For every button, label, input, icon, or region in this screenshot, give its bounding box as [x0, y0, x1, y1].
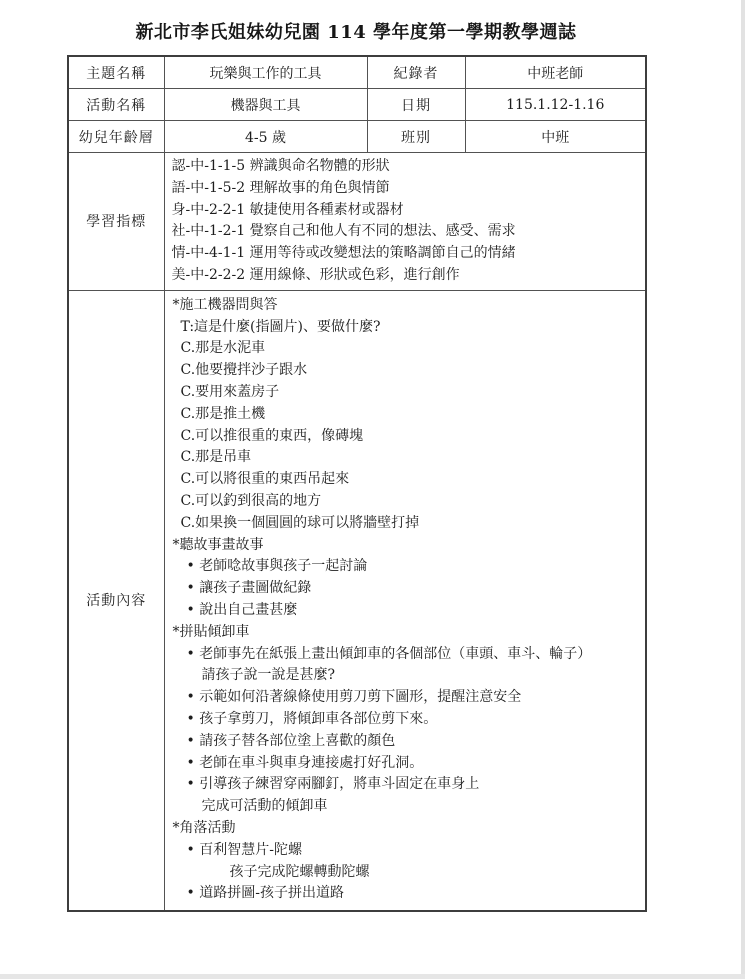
content-line: • 老師在車斗與車身連接處打好孔洞。 [172, 753, 640, 775]
table-row-age: 幼兒年齡層 4-5 歲 班別 中班 [68, 121, 646, 153]
page-title: 新北市李氏姐妹幼兒園 114 學年度第一學期教學週誌 [67, 0, 645, 55]
content-line: • 說出自己畫甚麼 [172, 600, 640, 622]
content-line: 情-中-4-1-1 運用等待或改變想法的策略調節自己的情緒 [172, 243, 640, 265]
learning-indicators-content: 認-中-1-1-5 辨識與命名物體的形狀語-中-1-5-2 理解故事的角色與情節… [164, 153, 646, 291]
content-line: C.那是吊車 [172, 447, 640, 469]
recorder-value: 中班老師 [465, 56, 646, 89]
content-line: • 示範如何沿著線條使用剪刀剪下圖形，提醒注意安全 [172, 687, 640, 709]
age-group-label: 幼兒年齡層 [68, 121, 164, 153]
table-row-activity-name: 活動名稱 機器與工具 日期 115.1.12-1.16 [68, 89, 646, 121]
activity-name-value: 機器與工具 [164, 89, 367, 121]
content-line: • 引導孩子練習穿兩腳釘，將車斗固定在車身上 [172, 774, 640, 796]
theme-name-value: 玩樂與工作的工具 [164, 56, 367, 89]
content-line: *施工機器問與答 [172, 295, 640, 317]
content-line: 完成可活動的傾卸車 [172, 796, 640, 818]
age-group-value: 4-5 歲 [164, 121, 367, 153]
scan-edge-right [741, 0, 745, 979]
table-row-activity-content: 活動內容 *施工機器問與答T:這是什麼(指圖片)、要做什麼?C.那是水泥車C.他… [68, 290, 646, 911]
content-line: • 老師事先在紙張上畫出傾卸車的各個部位（車頭、車斗、輪子） [172, 644, 640, 666]
content-line: 美-中-2-2-2 運用線條、形狀或色彩，進行創作 [172, 265, 640, 287]
activity-name-label: 活動名稱 [68, 89, 164, 121]
content-line: *角落活動 [172, 818, 640, 840]
content-line: • 請孩子替各部位塗上喜歡的顏色 [172, 731, 640, 753]
content-line: • 道路拼圖-孩子拼出道路 [172, 883, 640, 905]
content-line: 請孩子說一說是甚麼? [172, 665, 640, 687]
content-line: C.要用來蓋房子 [172, 382, 640, 404]
activity-content-label: 活動內容 [68, 290, 164, 911]
content-line: 語-中-1-5-2 理解故事的角色與情節 [172, 178, 640, 200]
table-row-learning-indicators: 學習指標 認-中-1-1-5 辨識與命名物體的形狀語-中-1-5-2 理解故事的… [68, 153, 646, 291]
content-line: C.那是水泥車 [172, 338, 640, 360]
document-page: 新北市李氏姐妹幼兒園 114 學年度第一學期教學週誌 主題名稱 玩樂與工作的工具… [67, 0, 645, 912]
date-label: 日期 [367, 89, 465, 121]
recorder-label: 紀錄者 [367, 56, 465, 89]
content-line: • 老師唸故事與孩子一起討論 [172, 556, 640, 578]
table-row-theme: 主題名稱 玩樂與工作的工具 紀錄者 中班老師 [68, 56, 646, 89]
content-line: C.可以釣到很高的地方 [172, 491, 640, 513]
date-value: 115.1.12-1.16 [465, 89, 646, 121]
content-line: 認-中-1-1-5 辨識與命名物體的形狀 [172, 156, 640, 178]
content-line: *拼貼傾卸車 [172, 622, 640, 644]
content-line: • 百利智慧片-陀螺 [172, 840, 640, 862]
content-line: *聽故事畫故事 [172, 535, 640, 557]
theme-name-label: 主題名稱 [68, 56, 164, 89]
activity-content: *施工機器問與答T:這是什麼(指圖片)、要做什麼?C.那是水泥車C.他要攪拌沙子… [164, 290, 646, 911]
content-line: C.如果換一個圓圓的球可以將牆壁打掉 [172, 513, 640, 535]
scan-edge-bottom [0, 974, 745, 979]
content-line: C.那是推土機 [172, 404, 640, 426]
content-line: C.可以將很重的東西吊起來 [172, 469, 640, 491]
content-line: • 讓孩子畫圖做紀錄 [172, 578, 640, 600]
content-line: C.他要攪拌沙子跟水 [172, 360, 640, 382]
weekly-journal-table: 主題名稱 玩樂與工作的工具 紀錄者 中班老師 活動名稱 機器與工具 日期 115… [67, 55, 647, 912]
content-line: T:這是什麼(指圖片)、要做什麼? [172, 317, 640, 339]
class-label: 班別 [367, 121, 465, 153]
content-line: 孩子完成陀螺轉動陀螺 [172, 862, 640, 884]
content-line: C.可以推很重的東西，像磚塊 [172, 426, 640, 448]
content-line: • 孩子拿剪刀，將傾卸車各部位剪下來。 [172, 709, 640, 731]
content-line: 身-中-2-2-1 敏捷使用各種素材或器材 [172, 200, 640, 222]
content-line: 社-中-1-2-1 覺察自己和他人有不同的想法、感受、需求 [172, 221, 640, 243]
class-value: 中班 [465, 121, 646, 153]
learning-indicators-label: 學習指標 [68, 153, 164, 291]
